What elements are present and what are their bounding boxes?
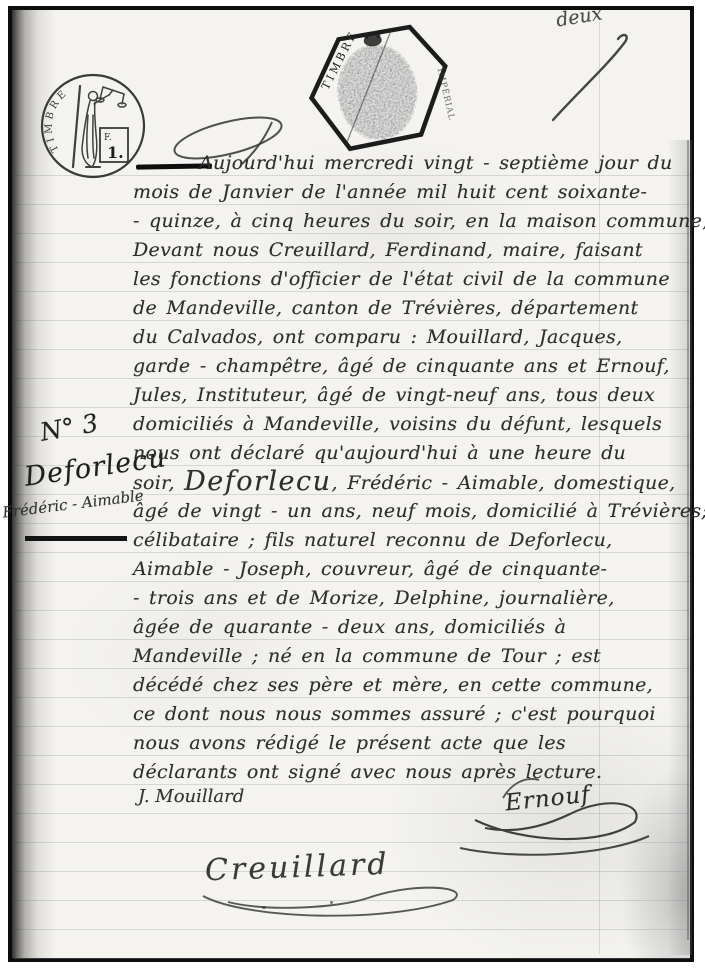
text-line: les fonctions d'officier de l'état civil… <box>133 265 689 294</box>
text-line: Devant nous Creuillard, Ferdinand, maire… <box>133 236 689 265</box>
paraphe-stroke <box>545 28 655 126</box>
text-line: - trois ans et de Morize, Delphine, jour… <box>133 584 689 613</box>
document-scan-page: { "colors": { "ink": "#2e2e2e", "paper":… <box>0 0 705 972</box>
text-line: - quinze, à cinq heures du soir, en la m… <box>133 207 689 236</box>
signature-clerk: J. Mouillard <box>138 786 244 807</box>
text-line: du Calvados, ont comparu : Mouillard, Ja… <box>133 323 689 352</box>
stamp-denomination: F. 1. <box>100 128 128 162</box>
round-revenue-stamp: TIMBRE F. 1. <box>38 70 148 182</box>
text-line: nous avons rédigé le présent acte que le… <box>133 729 689 758</box>
svg-text:F.: F. <box>104 133 112 143</box>
text-lines-group: Aujourd'hui mercredi vingt - septième jo… <box>133 149 689 468</box>
text-line: de Mandeville, canton de Trévières, dépa… <box>133 294 689 323</box>
hexagonal-imperial-stamp: TIMBRE IMPÉRIAL <box>297 14 460 165</box>
act-body-text: Aujourd'hui mercredi vingt - septième jo… <box>133 149 689 787</box>
text-line: Aujourd'hui mercredi vingt - septième jo… <box>133 149 689 178</box>
text-line: ce dont nous nous sommes assuré ; c'est … <box>133 700 689 729</box>
ink-speck <box>262 906 266 909</box>
text-line: décédé chez ses père et mère, en cette c… <box>133 671 689 700</box>
ink-speck <box>330 901 333 904</box>
signature-mayor-flourish <box>188 878 488 923</box>
text-line: Jules, Instituteur, âgé de vingt-neuf an… <box>133 381 689 410</box>
text-line: Aimable - Joseph, couvreur, âgé de cinqu… <box>133 555 689 584</box>
signature-witness-flourish <box>455 768 660 863</box>
margin-underline <box>25 536 127 541</box>
text-line: âgé de vingt - un ans, neuf mois, domici… <box>133 497 689 526</box>
timbre-caption: TIMBRE <box>44 87 71 154</box>
text-line-deceased: soir, Deforlecu, Frédéric - Aimable, dom… <box>133 468 689 497</box>
text-line: mois de Janvier de l'année mil huit cent… <box>133 178 689 207</box>
deceased-line-prefix: soir, <box>133 472 184 494</box>
svg-text:1.: 1. <box>107 143 124 162</box>
text-line: Mandeville ; né en la commune de Tour ; … <box>133 642 689 671</box>
deceased-name: Deforlecu <box>184 469 331 495</box>
text-line: nous ont déclaré qu'aujourd'hui à une he… <box>133 439 689 468</box>
text-lines-group: âgé de vingt - un ans, neuf mois, domici… <box>133 497 689 787</box>
deceased-line-suffix: , Frédéric - Aimable, domestique, <box>332 472 676 494</box>
text-line: domiciliés à Mandeville, voisins du défu… <box>133 410 689 439</box>
text-line: célibataire ; fils naturel reconnu de De… <box>133 526 689 555</box>
text-line: âgée de quarante - deux ans, domiciliés … <box>133 613 689 642</box>
text-line: garde - champêtre, âgé de cinquante ans … <box>133 352 689 381</box>
